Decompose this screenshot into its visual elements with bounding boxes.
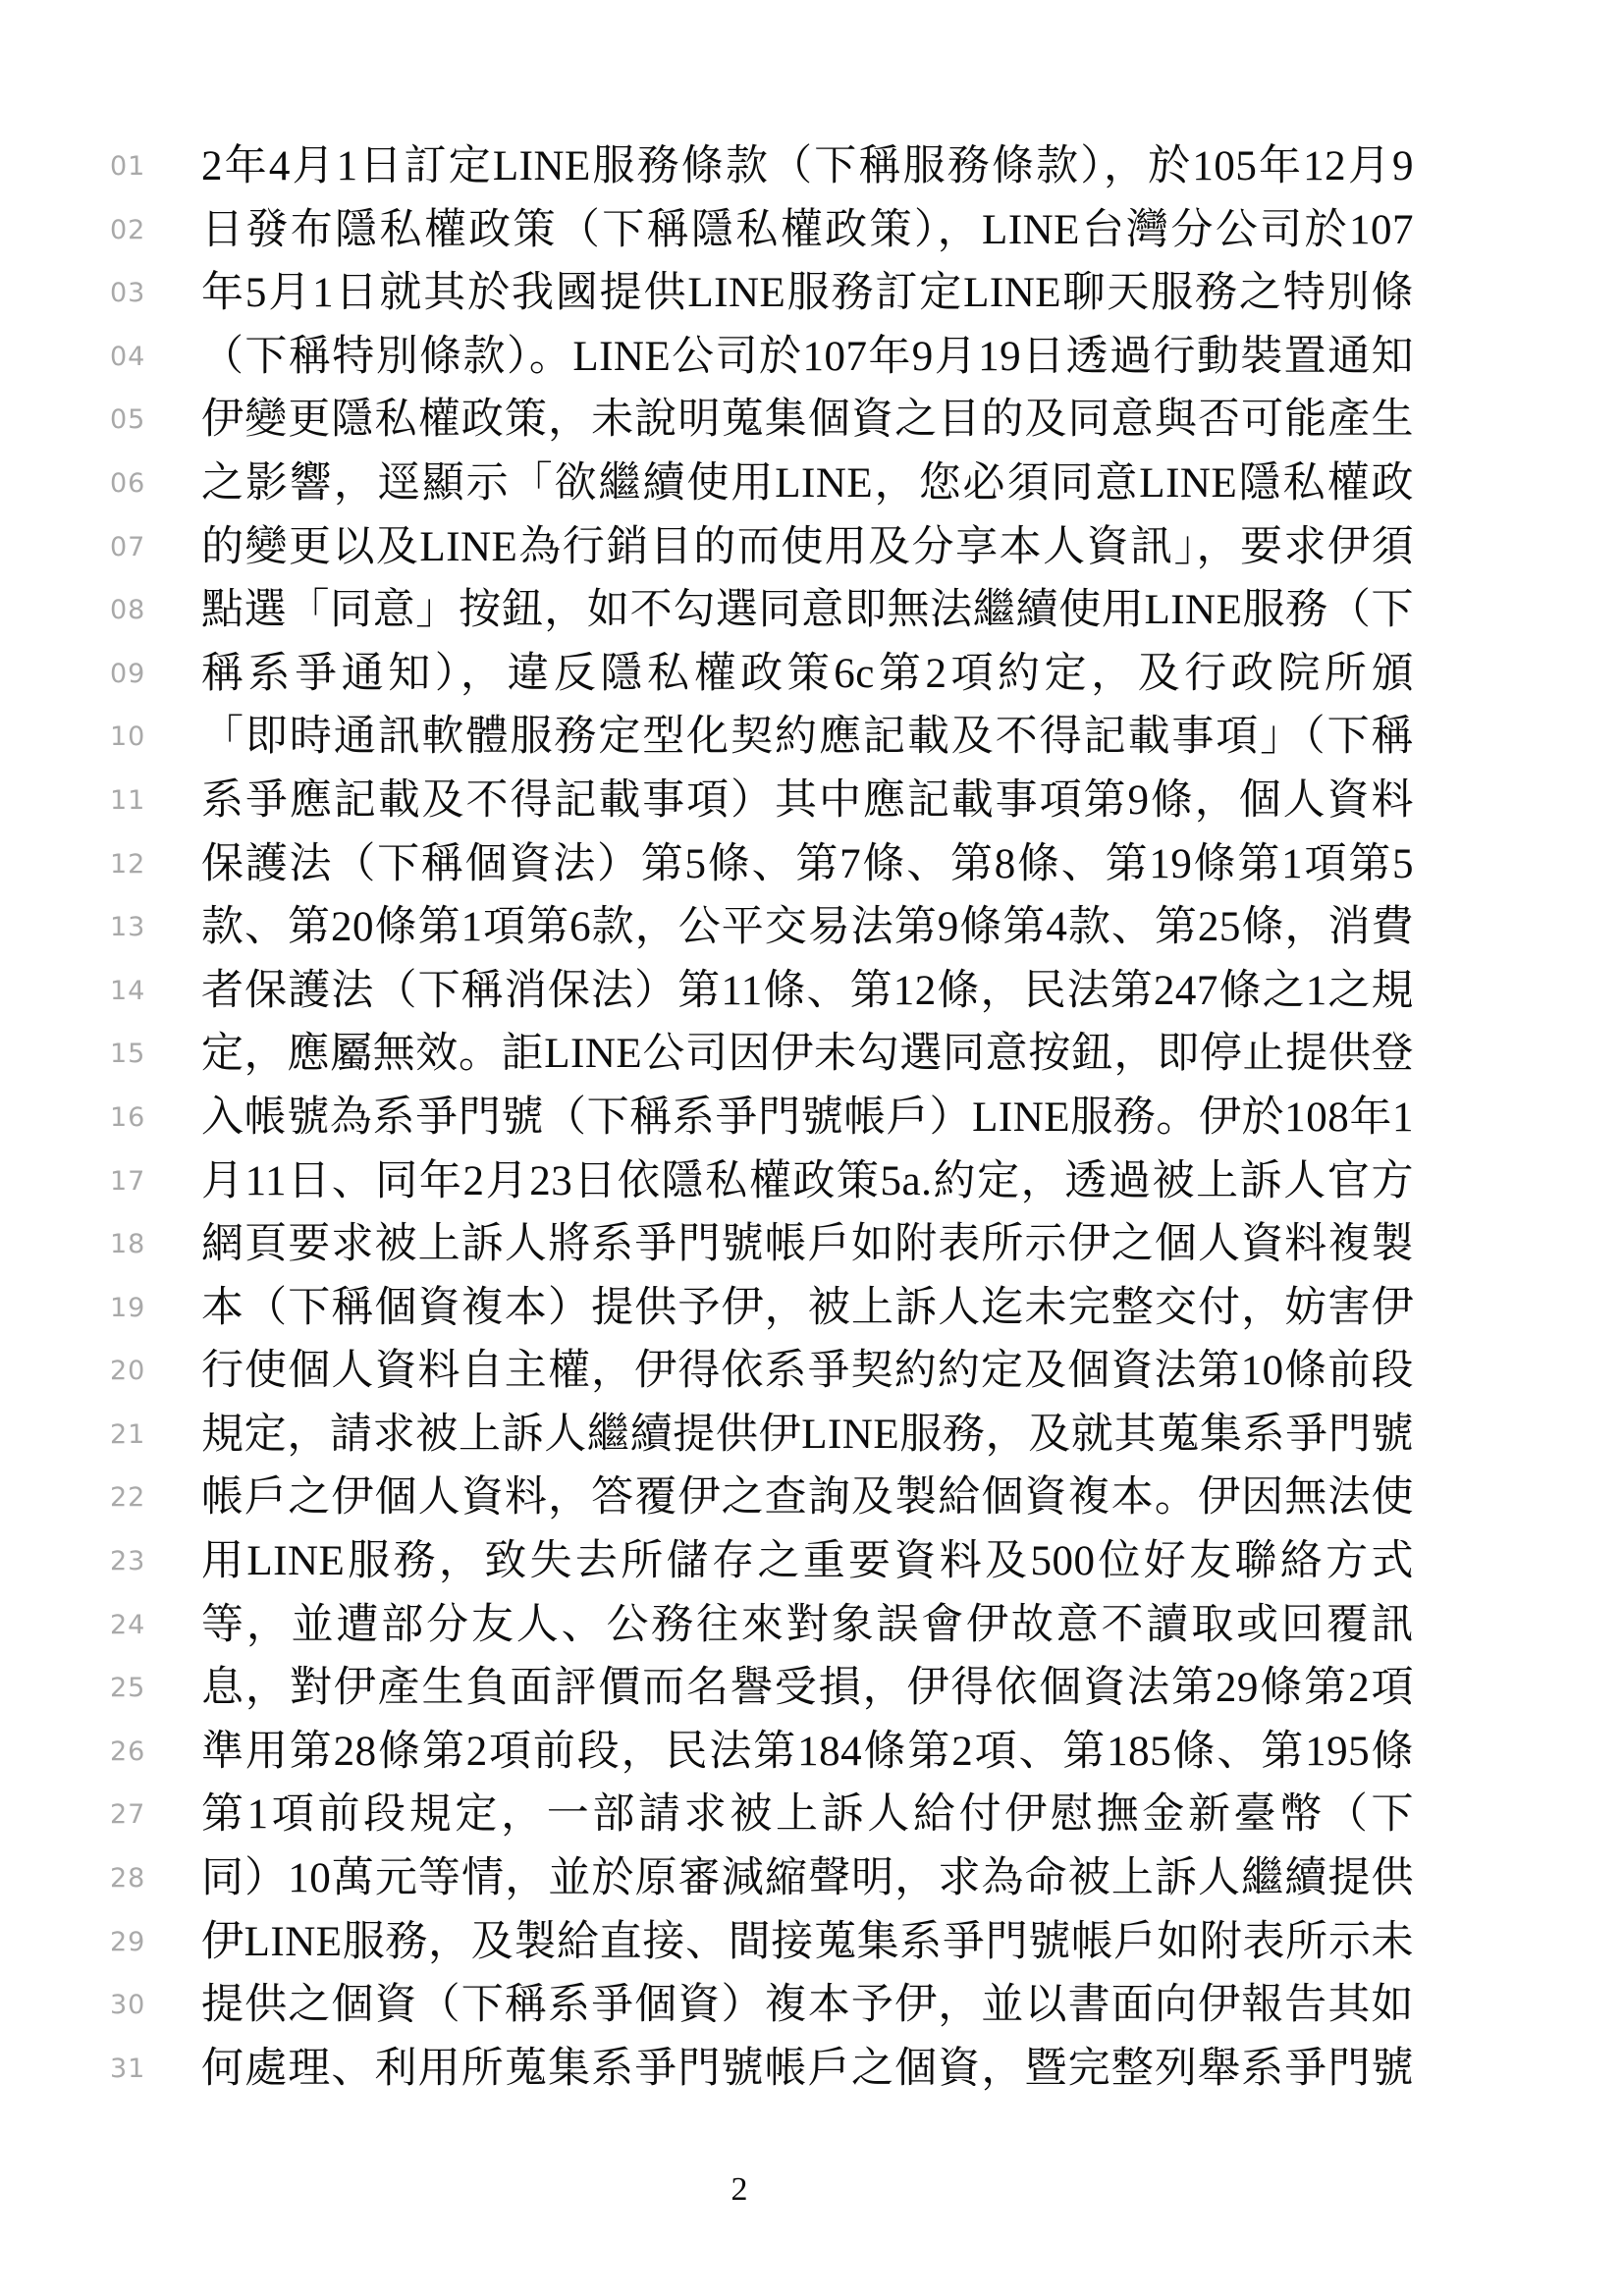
document-page: 01 2年4月1日訂定LINE服務條款（下稱服務條款），於105年12月9 02… bbox=[0, 0, 1623, 2296]
line-text: 伊LINE服務，及製給直接、間接蒐集系爭門號帳戶如附表所示未 bbox=[201, 1911, 1414, 1975]
line-number: 15 bbox=[110, 1023, 179, 1087]
line-row: 17 月11日、同年2月23日依隱私權政策5a.約定，透過被上訴人官方 bbox=[201, 1150, 1414, 1214]
line-number: 25 bbox=[110, 1657, 179, 1721]
line-text: 2年4月1日訂定LINE服務條款（下稱服務條款），於105年12月9 bbox=[201, 135, 1414, 199]
page-number: 2 bbox=[731, 2171, 748, 2209]
line-text: 點選「同意」按鈕，如不勾選同意即無法繼續使用LINE服務（下 bbox=[201, 579, 1414, 643]
line-row: 07 的變更以及LINE為行銷目的而使用及分享本人資訊」，要求伊須 bbox=[201, 516, 1414, 580]
line-row: 31 何處理、利用所蒐集系爭門號帳戶之個資，暨完整列舉系爭門號 bbox=[201, 2038, 1414, 2102]
line-row: 20 行使個人資料自主權，伊得依系爭契約約定及個資法第10條前段 bbox=[201, 1340, 1414, 1404]
line-text: 規定，請求被上訴人繼續提供伊LINE服務，及就其蒐集系爭門號 bbox=[201, 1404, 1414, 1468]
line-row: 22 帳戶之伊個人資料，答覆伊之查詢及製給個資複本。伊因無法使 bbox=[201, 1467, 1414, 1530]
line-row: 04 （下稱特別條款）。LINE公司於107年9月19日透過行動裝置通知 bbox=[201, 326, 1414, 390]
line-row: 30 提供之個資（下稱系爭個資）複本予伊，並以書面向伊報告其如 bbox=[201, 1974, 1414, 2038]
line-text: 日發布隱私權政策（下稱隱私權政策），LINE台灣分公司於107 bbox=[201, 199, 1414, 263]
line-text: 帳戶之伊個人資料，答覆伊之查詢及製給個資複本。伊因無法使 bbox=[201, 1467, 1414, 1530]
line-row: 29 伊LINE服務，及製給直接、間接蒐集系爭門號帳戶如附表所示未 bbox=[201, 1911, 1414, 1975]
line-row: 06 之影響，逕顯示「欲繼續使用LINE，您必須同意LINE隱私權政策 bbox=[201, 453, 1414, 516]
line-number: 10 bbox=[110, 706, 179, 770]
line-text: 用LINE服務，致失去所儲存之重要資料及500位好友聯絡方式 bbox=[201, 1530, 1414, 1594]
line-row: 24 等，並遭部分友人、公務往來對象誤會伊故意不讀取或回覆訊 bbox=[201, 1594, 1414, 1658]
line-row: 09 稱系爭通知），違反隱私權政策6c第2項約定，及行政院所頒 bbox=[201, 643, 1414, 707]
line-text: 保護法（下稱個資法）第5條、第7條、第8條、第19條第1項第5 bbox=[201, 833, 1414, 897]
line-number: 01 bbox=[110, 135, 179, 199]
line-text: 定，應屬無效。詎LINE公司因伊未勾選同意按鈕，即停止提供登 bbox=[201, 1023, 1414, 1087]
line-row: 01 2年4月1日訂定LINE服務條款（下稱服務條款），於105年12月9 bbox=[201, 135, 1414, 199]
line-number: 26 bbox=[110, 1721, 179, 1785]
line-number: 18 bbox=[110, 1213, 179, 1277]
line-text: 息，對伊產生負面評價而名譽受損，伊得依個資法第29條第2項 bbox=[201, 1657, 1414, 1721]
line-row: 14 者保護法（下稱消保法）第11條、第12條，民法第247條之1之規 bbox=[201, 960, 1414, 1024]
line-row: 02 日發布隱私權政策（下稱隱私權政策），LINE台灣分公司於107 bbox=[201, 199, 1414, 263]
line-row: 16 入帳號為系爭門號（下稱系爭門號帳戶）LINE服務。伊於108年1 bbox=[201, 1087, 1414, 1150]
line-row: 19 本（下稱個資複本）提供予伊，被上訴人迄未完整交付，妨害伊 bbox=[201, 1277, 1414, 1341]
line-number: 04 bbox=[110, 326, 179, 390]
line-text: 者保護法（下稱消保法）第11條、第12條，民法第247條之1之規 bbox=[201, 960, 1414, 1024]
line-number: 19 bbox=[110, 1277, 179, 1341]
line-text: 入帳號為系爭門號（下稱系爭門號帳戶）LINE服務。伊於108年1 bbox=[201, 1087, 1414, 1150]
line-number: 22 bbox=[110, 1467, 179, 1530]
line-number: 29 bbox=[110, 1911, 179, 1975]
line-text: 同）10萬元等情，並於原審減縮聲明，求為命被上訴人繼續提供 bbox=[201, 1847, 1414, 1911]
line-number: 14 bbox=[110, 960, 179, 1024]
line-row: 26 準用第28條第2項前段，民法第184條第2項、第185條、第195條 bbox=[201, 1721, 1414, 1785]
line-number: 07 bbox=[110, 516, 179, 580]
line-row: 21 規定，請求被上訴人繼續提供伊LINE服務，及就其蒐集系爭門號 bbox=[201, 1404, 1414, 1468]
line-number: 28 bbox=[110, 1847, 179, 1911]
line-row: 23 用LINE服務，致失去所儲存之重要資料及500位好友聯絡方式 bbox=[201, 1530, 1414, 1594]
line-text: 的變更以及LINE為行銷目的而使用及分享本人資訊」，要求伊須 bbox=[201, 516, 1414, 580]
line-row: 05 伊變更隱私權政策，未說明蒐集個資之目的及同意與否可能產生 bbox=[201, 389, 1414, 453]
line-number: 12 bbox=[110, 833, 179, 897]
line-number: 06 bbox=[110, 453, 179, 516]
line-text: 「即時通訊軟體服務定型化契約應記載及不得記載事項」（下稱 bbox=[201, 706, 1414, 770]
line-row: 28 同）10萬元等情，並於原審減縮聲明，求為命被上訴人繼續提供 bbox=[201, 1847, 1414, 1911]
line-number: 31 bbox=[110, 2038, 179, 2102]
line-number: 05 bbox=[110, 389, 179, 453]
line-number: 20 bbox=[110, 1340, 179, 1404]
line-number: 16 bbox=[110, 1087, 179, 1150]
line-text: （下稱特別條款）。LINE公司於107年9月19日透過行動裝置通知 bbox=[201, 326, 1414, 390]
line-row: 08 點選「同意」按鈕，如不勾選同意即無法繼續使用LINE服務（下 bbox=[201, 579, 1414, 643]
line-row: 10 「即時通訊軟體服務定型化契約應記載及不得記載事項」（下稱 bbox=[201, 706, 1414, 770]
line-text: 年5月1日就其於我國提供LINE服務訂定LINE聊天服務之特別條款 bbox=[201, 262, 1414, 326]
line-row: 11 系爭應記載及不得記載事項）其中應記載事項第9條，個人資料 bbox=[201, 770, 1414, 833]
line-row: 15 定，應屬無效。詎LINE公司因伊未勾選同意按鈕，即停止提供登 bbox=[201, 1023, 1414, 1087]
line-row: 25 息，對伊產生負面評價而名譽受損，伊得依個資法第29條第2項 bbox=[201, 1657, 1414, 1721]
line-text: 行使個人資料自主權，伊得依系爭契約約定及個資法第10條前段 bbox=[201, 1340, 1414, 1404]
line-row: 18 網頁要求被上訴人將系爭門號帳戶如附表所示伊之個人資料複製 bbox=[201, 1213, 1414, 1277]
line-number: 17 bbox=[110, 1150, 179, 1214]
line-row: 27 第1項前段規定，一部請求被上訴人給付伊慰撫金新臺幣（下 bbox=[201, 1784, 1414, 1847]
line-number: 21 bbox=[110, 1404, 179, 1468]
line-number: 03 bbox=[110, 262, 179, 326]
line-text: 款、第20條第1項第6款，公平交易法第9條第4款、第25條，消費 bbox=[201, 896, 1414, 960]
line-number: 13 bbox=[110, 896, 179, 960]
line-text: 月11日、同年2月23日依隱私權政策5a.約定，透過被上訴人官方 bbox=[201, 1150, 1414, 1214]
line-row: 03 年5月1日就其於我國提供LINE服務訂定LINE聊天服務之特別條款 bbox=[201, 262, 1414, 326]
line-number: 09 bbox=[110, 643, 179, 707]
line-row: 12 保護法（下稱個資法）第5條、第7條、第8條、第19條第1項第5 bbox=[201, 833, 1414, 897]
text-block: 01 2年4月1日訂定LINE服務條款（下稱服務條款），於105年12月9 02… bbox=[201, 135, 1414, 2101]
line-number: 08 bbox=[110, 579, 179, 643]
line-number: 11 bbox=[110, 770, 179, 833]
line-text: 第1項前段規定，一部請求被上訴人給付伊慰撫金新臺幣（下 bbox=[201, 1784, 1414, 1847]
line-number: 30 bbox=[110, 1974, 179, 2038]
line-number: 24 bbox=[110, 1594, 179, 1658]
line-text: 稱系爭通知），違反隱私權政策6c第2項約定，及行政院所頒 bbox=[201, 643, 1414, 707]
line-number: 27 bbox=[110, 1784, 179, 1847]
line-text: 系爭應記載及不得記載事項）其中應記載事項第9條，個人資料 bbox=[201, 770, 1414, 833]
line-text: 等，並遭部分友人、公務往來對象誤會伊故意不讀取或回覆訊 bbox=[201, 1594, 1414, 1658]
line-text: 本（下稱個資複本）提供予伊，被上訴人迄未完整交付，妨害伊 bbox=[201, 1277, 1414, 1341]
line-text: 網頁要求被上訴人將系爭門號帳戶如附表所示伊之個人資料複製 bbox=[201, 1213, 1414, 1277]
line-number: 02 bbox=[110, 199, 179, 263]
line-row: 13 款、第20條第1項第6款，公平交易法第9條第4款、第25條，消費 bbox=[201, 896, 1414, 960]
line-text: 何處理、利用所蒐集系爭門號帳戶之個資，暨完整列舉系爭門號 bbox=[201, 2038, 1414, 2102]
line-text: 之影響，逕顯示「欲繼續使用LINE，您必須同意LINE隱私權政策 bbox=[201, 453, 1414, 516]
line-number: 23 bbox=[110, 1530, 179, 1594]
line-text: 伊變更隱私權政策，未說明蒐集個資之目的及同意與否可能產生 bbox=[201, 389, 1414, 453]
line-text: 準用第28條第2項前段，民法第184條第2項、第185條、第195條 bbox=[201, 1721, 1414, 1785]
line-text: 提供之個資（下稱系爭個資）複本予伊，並以書面向伊報告其如 bbox=[201, 1974, 1414, 2038]
